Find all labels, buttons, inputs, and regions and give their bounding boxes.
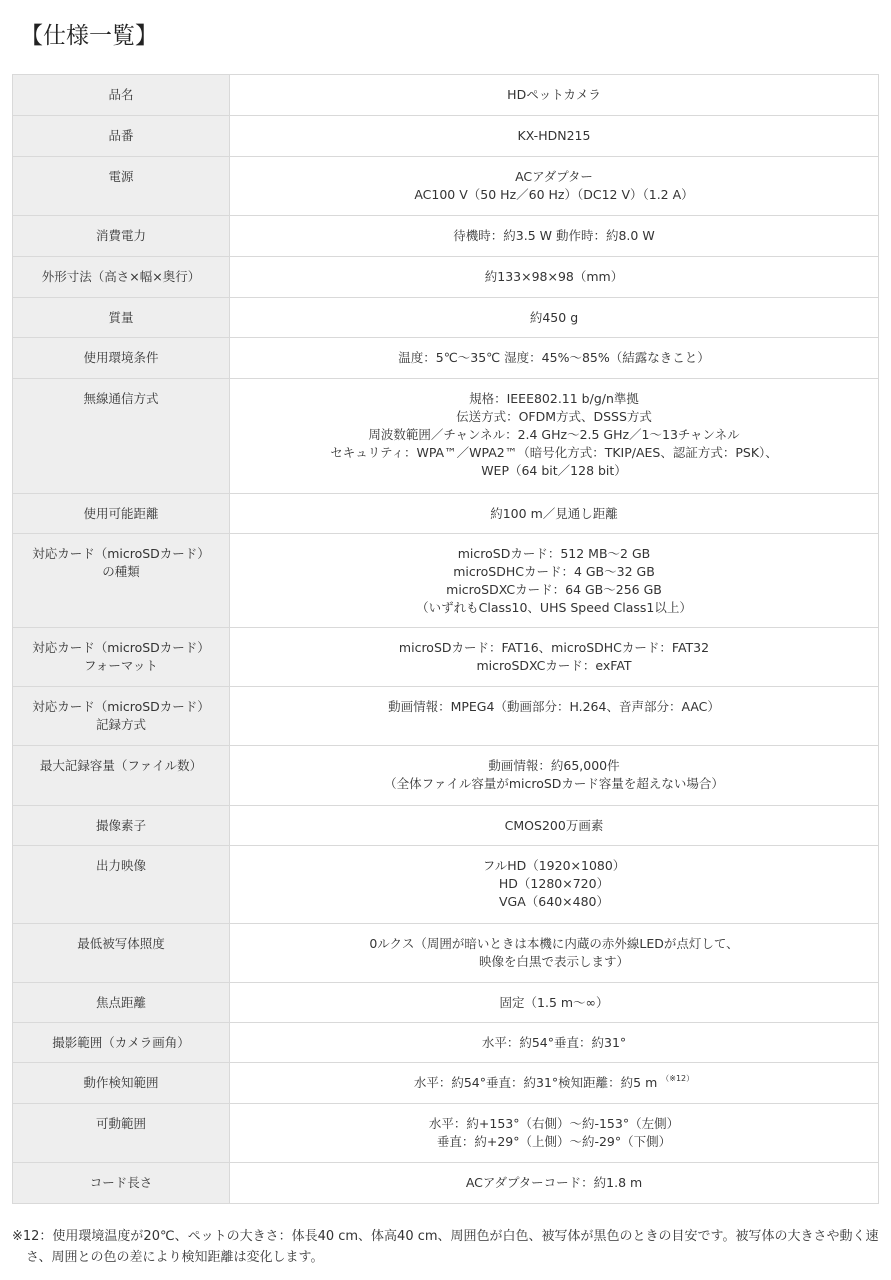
spec-label: 品名	[13, 75, 230, 116]
spec-value-line: microSDXCカード：exFAT	[236, 657, 872, 675]
spec-label: 可動範囲	[13, 1104, 230, 1163]
spec-value-text: 待機時：約3.5 W 動作時：約8.0 W	[453, 228, 654, 243]
spec-value-text: microSDカード：512 MB〜2 GB	[458, 546, 650, 561]
spec-value-line: ACアダプターコード：約1.8 m	[236, 1174, 872, 1192]
spec-value: 約450 g	[230, 298, 879, 338]
spec-value: 約133×98×98（mm）	[230, 257, 879, 298]
spec-value-line: （いずれもClass10、UHS Speed Class1以上）	[236, 599, 872, 617]
spec-value-text: 水平：約+153°（右側）〜約-153°（左側）	[429, 1116, 679, 1131]
spec-value-line: HDペットカメラ	[236, 86, 872, 104]
spec-value-line: ACアダプター	[236, 168, 872, 186]
spec-value: 温度：5℃〜35℃ 湿度：45%〜85%（結露なきこと）	[230, 338, 879, 379]
spec-value-text: 映像を白黒で表示します）	[479, 954, 629, 969]
spec-label-line: 撮影範囲（カメラ画角）	[19, 1034, 223, 1052]
spec-row: 質量約450 g	[13, 298, 879, 338]
spec-value: 動画情報：MPEG4（動画部分：H.264、音声部分：AAC）	[230, 687, 879, 746]
spec-value-line: 水平：約+153°（右側）〜約-153°（左側）	[236, 1115, 872, 1133]
spec-value: ACアダプターコード：約1.8 m	[230, 1163, 879, 1204]
spec-value-text: ACアダプター	[515, 169, 593, 184]
spec-value-text: （いずれもClass10、UHS Speed Class1以上）	[416, 600, 692, 615]
spec-value-text: KX-HDN215	[518, 128, 591, 143]
spec-label-line: 可動範囲	[19, 1115, 223, 1133]
spec-row: 使用環境条件温度：5℃〜35℃ 湿度：45%〜85%（結露なきこと）	[13, 338, 879, 379]
spec-value-line: microSDHCカード：4 GB〜32 GB	[236, 563, 872, 581]
spec-value: 待機時：約3.5 W 動作時：約8.0 W	[230, 216, 879, 257]
spec-value-line: 水平：約54°垂直：約31°検知距離：約5 m （※12）	[236, 1074, 872, 1092]
spec-value-line: WEP（64 bit／128 bit）	[236, 462, 872, 480]
spec-value-text: 周波数範囲／チャンネル：2.4 GHz〜2.5 GHz／1〜13チャンネル	[368, 427, 739, 442]
spec-value-text: 約450 g	[530, 310, 578, 325]
spec-label: 消費電力	[13, 216, 230, 257]
page-title: 【仕様一覧】	[20, 20, 158, 52]
spec-value-text: microSDXCカード：64 GB〜256 GB	[446, 582, 662, 597]
spec-label: 使用可能距離	[13, 494, 230, 534]
spec-value: microSDカード：512 MB〜2 GBmicroSDHCカード：4 GB〜…	[230, 534, 879, 628]
spec-row: 対応カード（microSDカード）フォーマットmicroSDカード：FAT16、…	[13, 628, 879, 687]
spec-label: 使用環境条件	[13, 338, 230, 379]
spec-value-line: 約450 g	[236, 309, 872, 327]
spec-label-line: 質量	[19, 309, 223, 327]
spec-value-text: 水平：約54°垂直：約31°検知距離：約5 m	[414, 1075, 657, 1090]
spec-label: コード長さ	[13, 1163, 230, 1204]
spec-value-line: （全体ファイル容量がmicroSDカード容量を超えない場合）	[236, 775, 872, 793]
spec-value-text: VGA（640×480）	[499, 894, 609, 909]
spec-label: 撮像素子	[13, 806, 230, 846]
spec-value-line: フルHD（1920×1080）	[236, 857, 872, 875]
spec-value-line: 映像を白黒で表示します）	[236, 953, 872, 971]
spec-row: 電源ACアダプターAC100 V（50 Hz／60 Hz）（DC12 V）（1.…	[13, 157, 879, 216]
spec-value: 0ルクス（周囲が暗いときは本機に内蔵の赤外線LEDが点灯して、映像を白黒で表示し…	[230, 924, 879, 983]
spec-label: 対応カード（microSDカード）の種類	[13, 534, 230, 628]
spec-label-line: 対応カード（microSDカード）	[19, 639, 223, 657]
spec-value-text: CMOS200万画素	[505, 818, 604, 833]
spec-row: 対応カード（microSDカード）記録方式動画情報：MPEG4（動画部分：H.2…	[13, 687, 879, 746]
spec-value-line: 水平：約54°垂直：約31°	[236, 1034, 872, 1052]
footnote-reference: （※12）	[661, 1074, 694, 1083]
spec-label: 動作検知範囲	[13, 1063, 230, 1104]
spec-label-line: 出力映像	[19, 857, 223, 875]
spec-label-line: 無線通信方式	[19, 390, 223, 408]
spec-value-line: CMOS200万画素	[236, 817, 872, 835]
spec-value-text: 垂直：約+29°（上側）〜約-29°（下側）	[437, 1134, 671, 1149]
spec-value-text: microSDカード：FAT16、microSDHCカード：FAT32	[399, 640, 709, 655]
spec-label-line: 使用可能距離	[19, 505, 223, 523]
spec-value-line: VGA（640×480）	[236, 893, 872, 911]
spec-label-line: 記録方式	[19, 716, 223, 734]
spec-value-line: セキュリティ：WPA™／WPA2™（暗号化方式：TKIP/AES、認証方式：PS…	[236, 444, 872, 462]
spec-value-text: WEP（64 bit／128 bit）	[481, 463, 627, 478]
spec-value-text: 規格：IEEE802.11 b/g/n準拠	[469, 391, 639, 406]
spec-value: 水平：約54°垂直：約31°検知距離：約5 m （※12）	[230, 1063, 879, 1104]
spec-label: 質量	[13, 298, 230, 338]
spec-value: CMOS200万画素	[230, 806, 879, 846]
spec-label-line: の種類	[19, 563, 223, 581]
spec-label-line: 焦点距離	[19, 994, 223, 1012]
spec-row: 撮影範囲（カメラ画角）水平：約54°垂直：約31°	[13, 1023, 879, 1063]
spec-value: microSDカード：FAT16、microSDHCカード：FAT32micro…	[230, 628, 879, 687]
spec-value-line: 伝送方式：OFDM方式、DSSS方式	[236, 408, 872, 426]
spec-value-line: 垂直：約+29°（上側）〜約-29°（下側）	[236, 1133, 872, 1151]
spec-label-line: 撮像素子	[19, 817, 223, 835]
spec-label-line: 使用環境条件	[19, 349, 223, 367]
spec-label-line: 消費電力	[19, 227, 223, 245]
spec-label-line: 品名	[19, 86, 223, 104]
spec-value-text: 約100 m／見通し距離	[490, 506, 618, 521]
spec-value-line: AC100 V（50 Hz／60 Hz）（DC12 V）（1.2 A）	[236, 186, 872, 204]
spec-row: 撮像素子CMOS200万画素	[13, 806, 879, 846]
spec-table: 品名HDペットカメラ品番KX-HDN215電源ACアダプターAC100 V（50…	[12, 74, 879, 1204]
spec-value: 動画情報：約65,000件（全体ファイル容量がmicroSDカード容量を超えない…	[230, 746, 879, 806]
spec-value: HDペットカメラ	[230, 75, 879, 116]
spec-label: 無線通信方式	[13, 379, 230, 494]
spec-value-line: 待機時：約3.5 W 動作時：約8.0 W	[236, 227, 872, 245]
spec-value-text: 動画情報：約65,000件	[488, 758, 619, 773]
spec-label-line: 対応カード（microSDカード）	[19, 545, 223, 563]
spec-label: 品番	[13, 116, 230, 157]
spec-value-line: 約100 m／見通し距離	[236, 505, 872, 523]
spec-row: 無線通信方式規格：IEEE802.11 b/g/n準拠伝送方式：OFDM方式、D…	[13, 379, 879, 494]
spec-value-text: 温度：5℃〜35℃ 湿度：45%〜85%（結露なきこと）	[398, 350, 709, 365]
spec-label: 対応カード（microSDカード）フォーマット	[13, 628, 230, 687]
spec-value-line: HD（1280×720）	[236, 875, 872, 893]
spec-value-text: microSDHCカード：4 GB〜32 GB	[453, 564, 655, 579]
spec-value: 水平：約54°垂直：約31°	[230, 1023, 879, 1063]
spec-value-line: 0ルクス（周囲が暗いときは本機に内蔵の赤外線LEDが点灯して、	[236, 935, 872, 953]
spec-label: 撮影範囲（カメラ画角）	[13, 1023, 230, 1063]
spec-label-line: 電源	[19, 168, 223, 186]
spec-row: 使用可能距離約100 m／見通し距離	[13, 494, 879, 534]
spec-row: 外形寸法（高さ×幅×奥行）約133×98×98（mm）	[13, 257, 879, 298]
spec-label: 最低被写体照度	[13, 924, 230, 983]
spec-value-text: ACアダプターコード：約1.8 m	[466, 1175, 642, 1190]
spec-value: フルHD（1920×1080）HD（1280×720）VGA（640×480）	[230, 846, 879, 924]
spec-value-line: 規格：IEEE802.11 b/g/n準拠	[236, 390, 872, 408]
spec-value-line: 固定（1.5 m〜∞）	[236, 994, 872, 1012]
spec-value-text: AC100 V（50 Hz／60 Hz）（DC12 V）（1.2 A）	[414, 187, 693, 202]
spec-value-text: 伝送方式：OFDM方式、DSSS方式	[456, 409, 652, 424]
spec-label: 出力映像	[13, 846, 230, 924]
spec-value-text: 水平：約54°垂直：約31°	[482, 1035, 626, 1050]
spec-value-text: 約133×98×98（mm）	[485, 269, 623, 284]
spec-label: 最大記録容量（ファイル数）	[13, 746, 230, 806]
spec-label-line: 対応カード（microSDカード）	[19, 698, 223, 716]
spec-row: 可動範囲水平：約+153°（右側）〜約-153°（左側）垂直：約+29°（上側）…	[13, 1104, 879, 1163]
spec-value-text: セキュリティ：WPA™／WPA2™（暗号化方式：TKIP/AES、認証方式：PS…	[330, 445, 778, 460]
spec-value: ACアダプターAC100 V（50 Hz／60 Hz）（DC12 V）（1.2 …	[230, 157, 879, 216]
spec-label-line: コード長さ	[19, 1174, 223, 1192]
spec-label-line: 外形寸法（高さ×幅×奥行）	[19, 268, 223, 286]
spec-row: 品名HDペットカメラ	[13, 75, 879, 116]
spec-row: コード長さACアダプターコード：約1.8 m	[13, 1163, 879, 1204]
spec-value-line: 温度：5℃〜35℃ 湿度：45%〜85%（結露なきこと）	[236, 349, 872, 367]
spec-row: 出力映像フルHD（1920×1080）HD（1280×720）VGA（640×4…	[13, 846, 879, 924]
spec-row: 動作検知範囲水平：約54°垂直：約31°検知距離：約5 m （※12）	[13, 1063, 879, 1104]
spec-row: 最大記録容量（ファイル数）動画情報：約65,000件（全体ファイル容量がmicr…	[13, 746, 879, 806]
spec-label-line: 最大記録容量（ファイル数）	[19, 757, 223, 775]
spec-value-line: microSDカード：512 MB〜2 GB	[236, 545, 872, 563]
spec-row: 消費電力待機時：約3.5 W 動作時：約8.0 W	[13, 216, 879, 257]
spec-value-line: microSDXCカード：64 GB〜256 GB	[236, 581, 872, 599]
footnote: ※12：使用環境温度が20℃、ペットの大きさ：体長40 cm、体高40 cm、周…	[12, 1226, 886, 1268]
spec-value-line: 周波数範囲／チャンネル：2.4 GHz〜2.5 GHz／1〜13チャンネル	[236, 426, 872, 444]
spec-value-line: microSDカード：FAT16、microSDHCカード：FAT32	[236, 639, 872, 657]
spec-value-text: （全体ファイル容量がmicroSDカード容量を超えない場合）	[384, 776, 724, 791]
spec-value-line: 約133×98×98（mm）	[236, 268, 872, 286]
spec-row: 対応カード（microSDカード）の種類microSDカード：512 MB〜2 …	[13, 534, 879, 628]
spec-value: 水平：約+153°（右側）〜約-153°（左側）垂直：約+29°（上側）〜約-2…	[230, 1104, 879, 1163]
spec-label-line: 動作検知範囲	[19, 1074, 223, 1092]
spec-label: 焦点距離	[13, 983, 230, 1023]
spec-value-text: フルHD（1920×1080）	[483, 858, 626, 873]
spec-label: 外形寸法（高さ×幅×奥行）	[13, 257, 230, 298]
spec-row: 品番KX-HDN215	[13, 116, 879, 157]
spec-value: 固定（1.5 m〜∞）	[230, 983, 879, 1023]
spec-value-text: microSDXCカード：exFAT	[476, 658, 631, 673]
spec-value-line: KX-HDN215	[236, 127, 872, 145]
spec-label-line: フォーマット	[19, 657, 223, 675]
spec-value-text: 0ルクス（周囲が暗いときは本機に内蔵の赤外線LEDが点灯して、	[369, 936, 738, 951]
spec-value-line: 動画情報：MPEG4（動画部分：H.264、音声部分：AAC）	[236, 698, 872, 716]
spec-value-text: 動画情報：MPEG4（動画部分：H.264、音声部分：AAC）	[388, 699, 720, 714]
spec-table-body: 品名HDペットカメラ品番KX-HDN215電源ACアダプターAC100 V（50…	[13, 75, 879, 1204]
spec-value: KX-HDN215	[230, 116, 879, 157]
spec-label: 電源	[13, 157, 230, 216]
spec-value: 規格：IEEE802.11 b/g/n準拠伝送方式：OFDM方式、DSSS方式周…	[230, 379, 879, 494]
spec-value-text: HD（1280×720）	[499, 876, 609, 891]
spec-value: 約100 m／見通し距離	[230, 494, 879, 534]
spec-value-text: 固定（1.5 m〜∞）	[500, 995, 609, 1010]
spec-row: 最低被写体照度0ルクス（周囲が暗いときは本機に内蔵の赤外線LEDが点灯して、映像…	[13, 924, 879, 983]
spec-row: 焦点距離固定（1.5 m〜∞）	[13, 983, 879, 1023]
spec-label: 対応カード（microSDカード）記録方式	[13, 687, 230, 746]
spec-label-line: 品番	[19, 127, 223, 145]
spec-value-text: HDペットカメラ	[507, 87, 601, 102]
spec-value-line: 動画情報：約65,000件	[236, 757, 872, 775]
spec-label-line: 最低被写体照度	[19, 935, 223, 953]
